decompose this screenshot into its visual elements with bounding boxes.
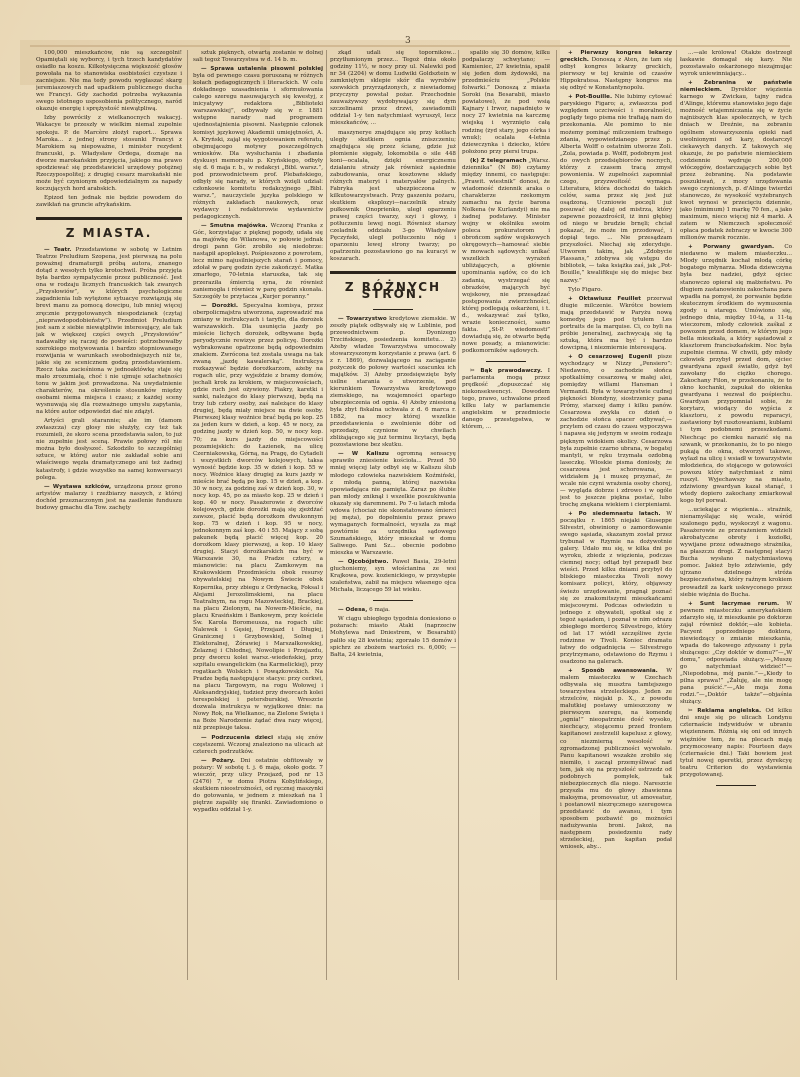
article-text: Dni ostatnie obfitowały w pożary: W sobo… <box>193 758 323 813</box>
article-text: 100,000 mieszkańców, nie są szczególni! … <box>36 50 182 113</box>
divider <box>716 785 756 786</box>
article-heading: — Teatr. <box>44 247 71 253</box>
column-3b: spaliło się 30 domów, kilku podpalaczy s… <box>462 50 550 1050</box>
article-heading: + Porwany gwardyan. <box>688 244 774 250</box>
article-text: Wczoraj Franka z Gór., korzystając z pię… <box>193 223 323 299</box>
article-text: maszynerye znajdujące się przy kotłach u… <box>330 130 456 264</box>
article-heading: — Ojcobójstwo. <box>338 559 388 565</box>
article-text: Dyrektor więzienia karnego w Zwickau, ta… <box>680 87 792 241</box>
section-title-z-miasta: Z MIASTA. <box>36 230 182 237</box>
article-heading: + Oktawiusz Feuillet <box>568 296 641 302</box>
page-number: 3 <box>405 36 411 46</box>
divider <box>373 600 413 601</box>
article-text: ...uciekając z więzienia... strażnik, ni… <box>680 507 792 599</box>
section-title-z-roznych-stron: Z RÓŻNYCH STRON. <box>330 284 456 298</box>
column-rule <box>458 50 459 980</box>
article-heading: + Pot-Bouille. <box>568 94 612 100</box>
article-heading: (k) Z telegramach <box>470 158 527 164</box>
divider <box>373 309 413 310</box>
column-rule <box>326 50 327 980</box>
article-text: pisze wychodzący w Nizzy „Pensiero”: Nie… <box>560 354 672 508</box>
article-text: przerwał długie milczenie. Wkrótce bowie… <box>560 296 672 351</box>
article-heading: — W Kaliszu <box>338 451 389 457</box>
column-3: zkąd udali się toporników... przytłumion… <box>330 50 456 1050</box>
article-text: Epizod ten jednak nie będzie powodem do … <box>36 195 182 209</box>
divider <box>486 361 526 362</box>
article-text: W małem miasteczku w Czechach odbywała s… <box>560 668 672 850</box>
article-text: Od kilku dni snuje się po ulicach Londyn… <box>680 708 792 777</box>
article-heading: — Pożary. <box>201 758 235 764</box>
article-text: Specyalna komisya, przez oberpolicmajstr… <box>193 303 323 732</box>
article-text: Izby powróciły z wielkanocnych wakacyj. … <box>36 115 182 193</box>
article-heading: + Sunt lacrymae rerum. <box>688 601 779 607</box>
article-text: kredytowe ziemskie. W zeszły piątek odby… <box>330 316 456 449</box>
article-text: spaliło się 30 domów, kilku podpalaczy s… <box>462 50 550 156</box>
article-heading: — Podrzucenia dzieci <box>201 735 273 741</box>
article-text: ogromną sensacyę sprawiło zniesienie koś… <box>330 451 456 556</box>
column-1: 100,000 mieszkańców, nie są szczególni! … <box>36 50 182 1050</box>
article-text: Artyści grali starannie; ale im (damom z… <box>36 418 182 481</box>
article-text: I parlamenta mogą przez prędkość „dopusz… <box>462 368 550 430</box>
column-rule <box>187 50 188 980</box>
article-heading: + O cesarzowej Eugenii <box>568 354 652 360</box>
article-text: ...—ale królowa! Otakże dostrzegł łaskaw… <box>680 50 792 78</box>
column-4: + Pierwszy kongres lekarzy greckich. Don… <box>560 50 672 1050</box>
article-text: W początku r. 1865 niejaki Giuseppe Silv… <box>560 511 672 665</box>
article-wystawa: — Wystawa szkiców, urządzona przez grono… <box>36 484 182 512</box>
article-text: „Warsz. dziennika” (N 86) czytamy między… <box>462 158 550 354</box>
article-heading: — Smutna majówka. <box>201 223 268 229</box>
article-dateline: 6 maja. <box>369 607 390 613</box>
article-heading: + Po siedemnastu latach. <box>568 511 660 517</box>
column-4b: ...—ale królowa! Otakże dostrzegł łaskaw… <box>680 50 792 1050</box>
article-heading: — Sprawa ustalenia pisowni polskiej <box>201 66 323 72</box>
article-heading: ✂ Reklama angielska. <box>688 708 761 714</box>
article-text: była od pewnego czasu poruszaną w różnyc… <box>193 73 323 220</box>
article-text: zkąd udali się toporników... przytłumion… <box>330 50 456 128</box>
column-rule <box>676 50 677 980</box>
newspaper-page: 3 100,000 mieszkańców, nie są szczególni… <box>0 0 800 1077</box>
article-heading: — Odesa, <box>338 607 367 613</box>
article-signature: Tylo Figaro. <box>560 287 672 294</box>
article-text: Co niedawno w małem miasteczku... Młody … <box>680 244 792 504</box>
article-text: sztuk pięknych, otwartą zostanie w dolne… <box>193 50 323 64</box>
column-2: sztuk pięknych, otwartą zostanie w dolne… <box>193 50 323 1050</box>
section-rule <box>36 217 182 220</box>
article-text: W pewnem miasteczku amerykańskiem zdarzy… <box>680 601 792 706</box>
article-heading: — Towarzystwo <box>338 316 387 322</box>
column-rule <box>556 50 557 980</box>
article-text: Przedstawione w sobotę w Letnim Teatrze … <box>36 247 182 415</box>
section-rule <box>330 271 456 274</box>
article-text: Nie lubimy cytować paryskiego Figaro; a,… <box>560 94 672 283</box>
article-text: W ciągu ubiegłego tygodnia doniesiono o … <box>330 616 456 658</box>
article-teatr: — Teatr. Przedstawione w sobotę w Letnim… <box>36 247 182 416</box>
article-heading: — Dorożki. <box>201 303 238 309</box>
article-heading: + Sposób awansowania. <box>568 668 658 674</box>
article-heading: ✂ Bąk prawodawczy. <box>470 368 542 374</box>
article-heading: — Wystawa szkiców, <box>44 484 111 490</box>
